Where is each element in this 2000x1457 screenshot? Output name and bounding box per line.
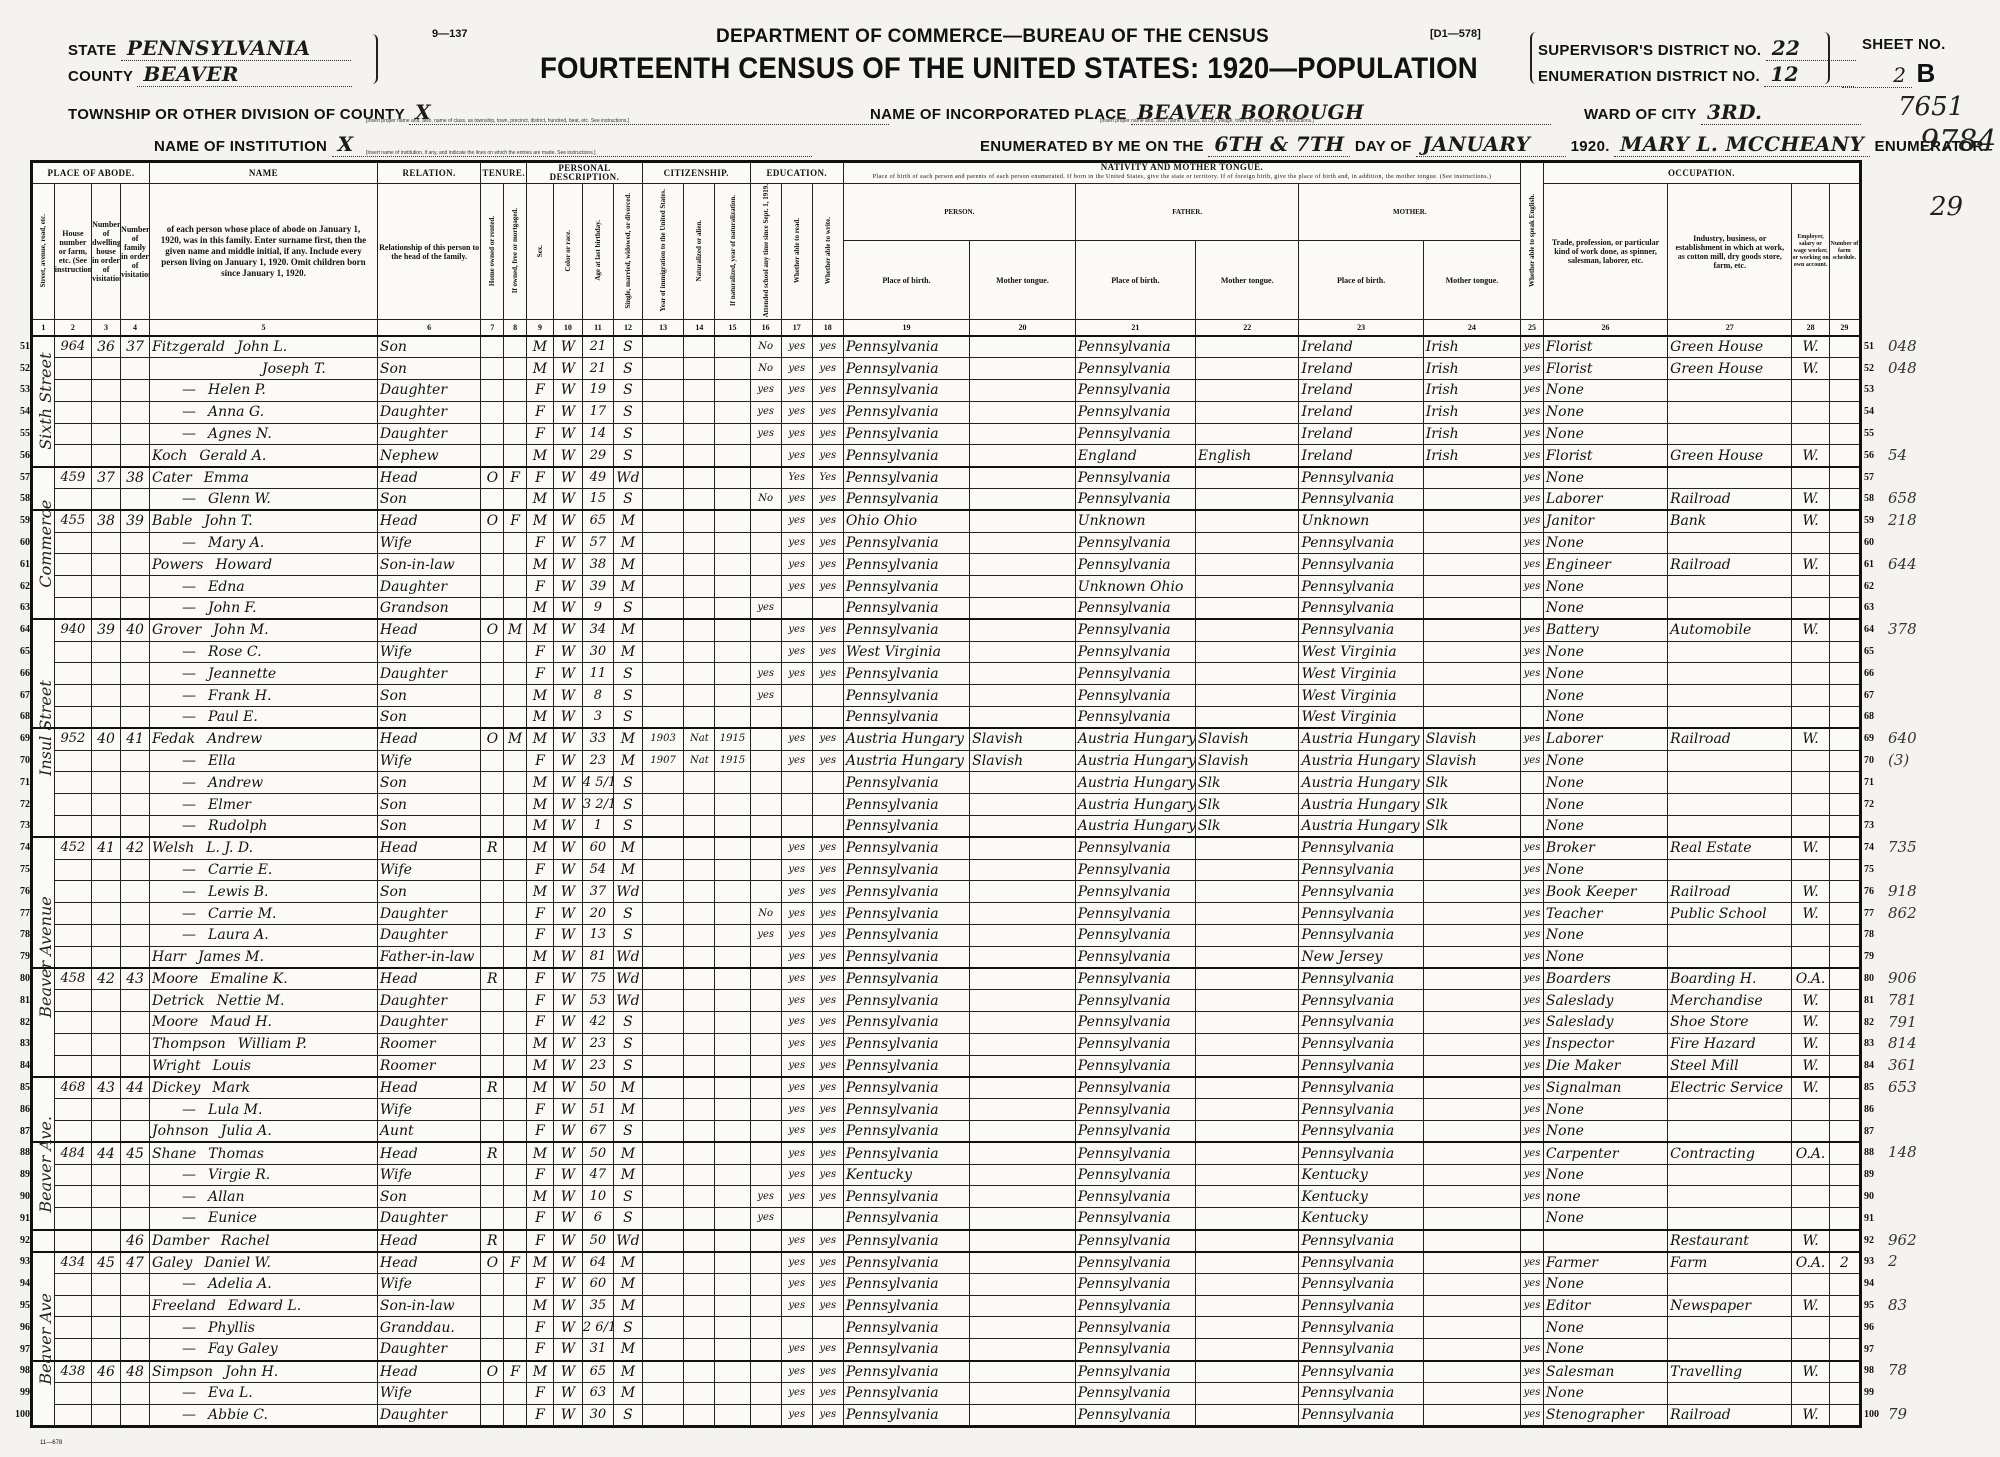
m-tongue-cell bbox=[1423, 1295, 1520, 1317]
school-cell: yes bbox=[750, 1208, 781, 1230]
trade-cell: Laborer bbox=[1543, 728, 1667, 750]
line-number: 81 bbox=[1864, 990, 1890, 1012]
farm-cell bbox=[1829, 794, 1860, 816]
age-cell: 23 bbox=[582, 1055, 613, 1077]
tongue-cell bbox=[970, 815, 1076, 837]
house-cell bbox=[54, 1382, 91, 1404]
immig-cell bbox=[642, 1142, 683, 1164]
column-number: 29 bbox=[1829, 320, 1860, 336]
m-tongue-cell bbox=[1423, 619, 1520, 641]
pob-cell: Pennsylvania bbox=[843, 903, 969, 925]
farm-cell bbox=[1829, 946, 1860, 968]
race-cell: W bbox=[553, 1404, 582, 1426]
family-cell bbox=[121, 794, 150, 816]
line-number: 74 bbox=[1864, 837, 1890, 859]
farm-cell bbox=[1829, 423, 1860, 445]
farm-cell bbox=[1829, 1186, 1860, 1208]
marital-cell: S bbox=[613, 815, 642, 837]
table-row: —Glenn W.SonMW15SNoyesyesPennsylvaniaPen… bbox=[32, 488, 1861, 510]
f-tongue-cell bbox=[1195, 663, 1299, 685]
family-cell bbox=[121, 1339, 150, 1361]
tongue-cell bbox=[970, 881, 1076, 903]
tongue-cell: Slavish bbox=[970, 728, 1076, 750]
relation-cell: Daughter bbox=[377, 1012, 481, 1034]
nat-cell bbox=[684, 445, 715, 467]
m-tongue-cell: Irish bbox=[1423, 358, 1520, 380]
tongue-cell bbox=[970, 685, 1076, 707]
surname: Koch bbox=[152, 448, 187, 464]
name-cell: KochGerald A. bbox=[150, 445, 378, 467]
read-cell: yes bbox=[781, 641, 812, 663]
f-pob-cell: Pennsylvania bbox=[1075, 706, 1195, 728]
margin-annotation: 640 bbox=[1888, 728, 1998, 750]
given-name: James M. bbox=[198, 947, 264, 967]
m-pob-cell: Ireland bbox=[1299, 401, 1423, 423]
surname: Cater bbox=[152, 470, 192, 486]
write-cell: yes bbox=[812, 358, 843, 380]
tongue-cell bbox=[970, 1186, 1076, 1208]
relation-cell: Son bbox=[377, 488, 481, 510]
school-cell bbox=[750, 576, 781, 598]
class-cell: W. bbox=[1792, 554, 1829, 576]
read-cell: yes bbox=[781, 1012, 812, 1034]
f-tongue-cell bbox=[1195, 1164, 1299, 1186]
dwelling-cell bbox=[92, 554, 121, 576]
marital-cell: M bbox=[613, 1339, 642, 1361]
f-tongue-cell bbox=[1195, 336, 1299, 358]
write-cell bbox=[812, 597, 843, 619]
nat-cell bbox=[684, 1252, 715, 1274]
nat-cell bbox=[684, 1382, 715, 1404]
family-cell bbox=[121, 1164, 150, 1186]
race-cell: W bbox=[553, 336, 582, 358]
margin-annotation bbox=[1888, 1339, 1998, 1361]
school-cell bbox=[750, 1317, 781, 1339]
line-number: 70 bbox=[1864, 750, 1890, 772]
marital-cell: M bbox=[613, 1164, 642, 1186]
write-cell bbox=[812, 772, 843, 794]
family-cell bbox=[121, 1055, 150, 1077]
natyr-cell bbox=[715, 1208, 750, 1230]
line-number: 78 bbox=[4, 924, 30, 946]
col-6-header: Relationship of this person to the head … bbox=[377, 184, 481, 320]
column-number: 28 bbox=[1792, 320, 1829, 336]
farm-cell bbox=[1829, 1012, 1860, 1034]
relation-cell: Head bbox=[377, 1077, 481, 1099]
race-cell: W bbox=[553, 881, 582, 903]
industry-cell: Automobile bbox=[1668, 619, 1792, 641]
line-number: 74 bbox=[4, 837, 30, 859]
farm-cell bbox=[1829, 685, 1860, 707]
f-pob-cell: Pennsylvania bbox=[1075, 1186, 1195, 1208]
given-name: Eunice bbox=[208, 1208, 257, 1228]
pob-cell: Pennsylvania bbox=[843, 968, 969, 990]
name-cell: —Andrew bbox=[150, 772, 378, 794]
natyr-cell bbox=[715, 619, 750, 641]
natyr-cell bbox=[715, 1361, 750, 1383]
table-row: 9643637FitzgeraldJohn L.SonMW21SNoyesyes… bbox=[32, 336, 1861, 358]
english-cell: yes bbox=[1521, 1361, 1544, 1383]
marital-cell: M bbox=[613, 1295, 642, 1317]
name-cell: —Fay Galey bbox=[150, 1339, 378, 1361]
write-cell: yes bbox=[812, 1252, 843, 1274]
tongue-cell bbox=[970, 1121, 1076, 1143]
nat-cell bbox=[684, 619, 715, 641]
m-pob-cell: Pennsylvania bbox=[1299, 1317, 1423, 1339]
house-cell bbox=[54, 554, 91, 576]
tongue-cell bbox=[970, 576, 1076, 598]
marital-cell: S bbox=[613, 794, 642, 816]
line-number: 83 bbox=[1864, 1033, 1890, 1055]
table-row: ThompsonWilliam P.RoomerMW23SyesyesPenns… bbox=[32, 1033, 1861, 1055]
f-pob-cell: Pennsylvania bbox=[1075, 837, 1195, 859]
industry-cell: Contracting bbox=[1668, 1142, 1792, 1164]
english-cell: yes bbox=[1521, 1382, 1544, 1404]
name-cell: —Elmer bbox=[150, 794, 378, 816]
age-cell: 19 bbox=[582, 379, 613, 401]
name-cell: PowersHoward bbox=[150, 554, 378, 576]
natyr-cell bbox=[715, 510, 750, 532]
relation-cell: Head bbox=[377, 467, 481, 489]
house-cell bbox=[54, 1099, 91, 1121]
m-pob-cell: Pennsylvania bbox=[1299, 859, 1423, 881]
pob-cell: Austria Hungary bbox=[843, 728, 969, 750]
m-pob-cell: Pennsylvania bbox=[1299, 1121, 1423, 1143]
class-cell bbox=[1792, 1208, 1829, 1230]
industry-cell: Green House bbox=[1668, 336, 1792, 358]
nat-cell bbox=[684, 488, 715, 510]
m-tongue-cell bbox=[1423, 1164, 1520, 1186]
race-cell: W bbox=[553, 1339, 582, 1361]
margin-annotation: 2 bbox=[1888, 1251, 1998, 1273]
table-row: —Lewis B.SonMW37WdyesyesPennsylvaniaPenn… bbox=[32, 881, 1861, 903]
surname: Moore bbox=[152, 1014, 198, 1030]
trade-cell: None bbox=[1543, 685, 1667, 707]
nat-cell bbox=[684, 336, 715, 358]
farm-cell bbox=[1829, 1339, 1860, 1361]
name-cell: GaleyDaniel W. bbox=[150, 1252, 378, 1274]
marital-cell: Wd bbox=[613, 1230, 642, 1252]
line-number: 51 bbox=[1864, 336, 1890, 358]
relation-cell: Head bbox=[377, 1230, 481, 1252]
natyr-cell bbox=[715, 576, 750, 598]
house-cell bbox=[54, 379, 91, 401]
given-name: Carrie M. bbox=[208, 904, 276, 924]
house-cell: 468 bbox=[54, 1077, 91, 1099]
house-cell bbox=[54, 532, 91, 554]
family-cell: 48 bbox=[121, 1361, 150, 1383]
relation-cell: Son bbox=[377, 706, 481, 728]
dwelling-cell bbox=[92, 1121, 121, 1143]
write-cell: Yes bbox=[812, 467, 843, 489]
trade-cell: None bbox=[1543, 576, 1667, 598]
tongue-cell bbox=[970, 532, 1076, 554]
age-cell: 3 bbox=[582, 706, 613, 728]
f-tongue-cell bbox=[1195, 1382, 1299, 1404]
name-cell: —Allan bbox=[150, 1186, 378, 1208]
natyr-cell bbox=[715, 1317, 750, 1339]
industry-cell bbox=[1668, 423, 1792, 445]
table-row: WrightLouisRoomerMW23SyesyesPennsylvania… bbox=[32, 1055, 1861, 1077]
f-pob-cell: Pennsylvania bbox=[1075, 1339, 1195, 1361]
house-cell: 952 bbox=[54, 728, 91, 750]
f-pob-cell: Pennsylvania bbox=[1075, 1317, 1195, 1339]
class-cell: W. bbox=[1792, 1230, 1829, 1252]
mort-cell: F bbox=[504, 510, 527, 532]
race-cell: W bbox=[553, 1099, 582, 1121]
line-number: 86 bbox=[1864, 1099, 1890, 1121]
race-cell: W bbox=[553, 1012, 582, 1034]
name-cell: —Carrie M. bbox=[150, 903, 378, 925]
f-pob-cell: Pennsylvania bbox=[1075, 859, 1195, 881]
m-pob-cell: Pennsylvania bbox=[1299, 903, 1423, 925]
pob-cell: Pennsylvania bbox=[843, 467, 969, 489]
class-cell bbox=[1792, 924, 1829, 946]
nat-cell bbox=[684, 467, 715, 489]
m-tongue-cell: Slk bbox=[1423, 815, 1520, 837]
write-cell: yes bbox=[812, 1077, 843, 1099]
f-pob-cell: Pennsylvania bbox=[1075, 532, 1195, 554]
english-cell: yes bbox=[1521, 968, 1544, 990]
relation-cell: Head bbox=[377, 837, 481, 859]
marital-cell: M bbox=[613, 1361, 642, 1383]
immig-cell bbox=[642, 1012, 683, 1034]
school-cell bbox=[750, 532, 781, 554]
nat-cell bbox=[684, 968, 715, 990]
m-tongue-cell: Slk bbox=[1423, 772, 1520, 794]
write-cell bbox=[812, 685, 843, 707]
table-row: Joseph T.SonMW21SNoyesyesPennsylvaniaPen… bbox=[32, 358, 1861, 380]
pob-cell: Pennsylvania bbox=[843, 990, 969, 1012]
f-tongue-cell bbox=[1195, 837, 1299, 859]
write-cell: yes bbox=[812, 1339, 843, 1361]
sex-cell: F bbox=[526, 990, 553, 1012]
immig-cell bbox=[642, 423, 683, 445]
marital-cell: M bbox=[613, 837, 642, 859]
table-row: 4524142WelshL. J. D.HeadRMW60MyesyesPenn… bbox=[32, 837, 1861, 859]
class-cell: W. bbox=[1792, 728, 1829, 750]
relation-cell: Aunt bbox=[377, 1121, 481, 1143]
surname: — bbox=[182, 382, 196, 398]
f-tongue-cell bbox=[1195, 706, 1299, 728]
farm-cell bbox=[1829, 532, 1860, 554]
given-name: Howard bbox=[215, 555, 272, 575]
read-cell: yes bbox=[781, 728, 812, 750]
sex-cell: F bbox=[526, 750, 553, 772]
m-pob-cell: West Virginia bbox=[1299, 641, 1423, 663]
home-cell bbox=[481, 815, 504, 837]
natyr-cell bbox=[715, 706, 750, 728]
natyr-cell bbox=[715, 837, 750, 859]
farm-cell bbox=[1829, 968, 1860, 990]
industry-cell: Bank bbox=[1668, 510, 1792, 532]
m-tongue-cell bbox=[1423, 924, 1520, 946]
line-number: 92 bbox=[4, 1230, 30, 1252]
f-tongue-cell bbox=[1195, 641, 1299, 663]
mort-cell bbox=[504, 859, 527, 881]
class-cell: W. bbox=[1792, 336, 1829, 358]
home-cell bbox=[481, 772, 504, 794]
f-tongue-cell bbox=[1195, 510, 1299, 532]
natyr-cell bbox=[715, 1273, 750, 1295]
age-cell: 35 bbox=[582, 1295, 613, 1317]
class-cell: W. bbox=[1792, 1055, 1829, 1077]
col-24-header: Mother tongue. bbox=[1423, 241, 1520, 320]
industry-cell bbox=[1668, 1164, 1792, 1186]
english-cell: yes bbox=[1521, 728, 1544, 750]
natyr-cell bbox=[715, 1252, 750, 1274]
dwelling-cell: 44 bbox=[92, 1142, 121, 1164]
english-cell: yes bbox=[1521, 1055, 1544, 1077]
f-tongue-cell bbox=[1195, 1033, 1299, 1055]
natyr-cell bbox=[715, 445, 750, 467]
f-pob-cell: Unknown Ohio bbox=[1075, 576, 1195, 598]
industry-cell bbox=[1668, 794, 1792, 816]
house-cell bbox=[54, 597, 91, 619]
m-tongue-cell bbox=[1423, 1404, 1520, 1426]
col-20-header: Mother tongue. bbox=[970, 241, 1076, 320]
m-tongue-cell bbox=[1423, 1339, 1520, 1361]
farm-cell bbox=[1829, 1121, 1860, 1143]
dwelling-cell bbox=[92, 1099, 121, 1121]
f-tongue-cell bbox=[1195, 576, 1299, 598]
dwelling-cell bbox=[92, 881, 121, 903]
industry-cell bbox=[1668, 576, 1792, 598]
column-number: 16 bbox=[750, 320, 781, 336]
mort-cell bbox=[504, 445, 527, 467]
trade-cell: Broker bbox=[1543, 837, 1667, 859]
surname: Wright bbox=[152, 1058, 201, 1074]
dwelling-cell bbox=[92, 597, 121, 619]
immig-cell bbox=[642, 1230, 683, 1252]
surname: — bbox=[182, 1210, 196, 1226]
margin-annotation bbox=[1888, 685, 1998, 707]
relation-cell: Wife bbox=[377, 1273, 481, 1295]
line-number: 66 bbox=[4, 663, 30, 685]
incorporated-label: Name of incorporated place bbox=[870, 106, 1127, 123]
f-pob-cell: Pennsylvania bbox=[1075, 1295, 1195, 1317]
immig-cell bbox=[642, 859, 683, 881]
tongue-cell bbox=[970, 837, 1076, 859]
f-tongue-cell bbox=[1195, 532, 1299, 554]
pob-cell: Pennsylvania bbox=[843, 554, 969, 576]
school-cell: yes bbox=[750, 685, 781, 707]
line-number: 93 bbox=[4, 1251, 30, 1273]
race-cell: W bbox=[553, 1142, 582, 1164]
english-cell: yes bbox=[1521, 554, 1544, 576]
family-cell: 41 bbox=[121, 728, 150, 750]
line-number: 75 bbox=[1864, 859, 1890, 881]
class-cell bbox=[1792, 706, 1829, 728]
english-cell: yes bbox=[1521, 358, 1544, 380]
english-cell: yes bbox=[1521, 1186, 1544, 1208]
trade-cell: Book Keeper bbox=[1543, 881, 1667, 903]
f-tongue-cell: Slavish bbox=[1195, 750, 1299, 772]
read-cell: yes bbox=[781, 510, 812, 532]
race-cell: W bbox=[553, 946, 582, 968]
trade-cell bbox=[1543, 1230, 1667, 1252]
read-cell: yes bbox=[781, 903, 812, 925]
surname: — bbox=[182, 709, 196, 725]
margin-annotation bbox=[1888, 663, 1998, 685]
m-pob-cell: Pennsylvania bbox=[1299, 1361, 1423, 1383]
family-cell bbox=[121, 1012, 150, 1034]
marital-cell: Wd bbox=[613, 467, 642, 489]
col-4-header: Number of family in order of visitation. bbox=[121, 184, 150, 320]
write-cell: yes bbox=[812, 379, 843, 401]
write-cell: yes bbox=[812, 837, 843, 859]
farm-cell bbox=[1829, 859, 1860, 881]
class-cell bbox=[1792, 663, 1829, 685]
name-cell: —Anna G. bbox=[150, 401, 378, 423]
age-cell: 57 bbox=[582, 532, 613, 554]
write-cell: yes bbox=[812, 663, 843, 685]
f-tongue-cell: Slavish bbox=[1195, 728, 1299, 750]
nativity-title: NATIVITY AND MOTHER TONGUE. bbox=[844, 163, 1520, 172]
dwelling-cell bbox=[92, 576, 121, 598]
tongue-cell bbox=[970, 1252, 1076, 1274]
sex-cell: F bbox=[526, 1099, 553, 1121]
line-number: 61 bbox=[4, 554, 30, 576]
house-cell bbox=[54, 1404, 91, 1426]
natyr-cell bbox=[715, 1055, 750, 1077]
given-name: John T. bbox=[204, 511, 252, 531]
trade-cell: None bbox=[1543, 706, 1667, 728]
nat-cell bbox=[684, 358, 715, 380]
mort-cell bbox=[504, 554, 527, 576]
tongue-cell bbox=[970, 1208, 1076, 1230]
house-cell bbox=[54, 815, 91, 837]
nat-cell bbox=[684, 772, 715, 794]
line-number: 61 bbox=[1864, 554, 1890, 576]
house-cell bbox=[54, 1055, 91, 1077]
read-cell: yes bbox=[781, 488, 812, 510]
given-name: Andrew bbox=[207, 729, 262, 749]
margin-annotation bbox=[1888, 772, 1998, 794]
line-number: 79 bbox=[1864, 946, 1890, 968]
column-number: 4 bbox=[121, 320, 150, 336]
col-28-header: Employer, salary or wage worker, or work… bbox=[1792, 184, 1829, 320]
read-cell: yes bbox=[781, 445, 812, 467]
industry-cell: Restaurant bbox=[1668, 1230, 1792, 1252]
pob-cell: Pennsylvania bbox=[843, 946, 969, 968]
pob-cell: Ohio Ohio bbox=[843, 510, 969, 532]
home-cell bbox=[481, 1186, 504, 1208]
relation-cell: Father-in-law bbox=[377, 946, 481, 968]
pob-cell: Pennsylvania bbox=[843, 1121, 969, 1143]
age-cell: 1 bbox=[582, 815, 613, 837]
read-cell: yes bbox=[781, 576, 812, 598]
house-cell bbox=[54, 641, 91, 663]
given-name: Rudolph bbox=[208, 816, 267, 836]
marital-cell: M bbox=[613, 532, 642, 554]
read-cell: yes bbox=[781, 1273, 812, 1295]
line-number: 63 bbox=[4, 597, 30, 619]
line-number: 63 bbox=[1864, 597, 1890, 619]
write-cell: yes bbox=[812, 1295, 843, 1317]
sex-cell: M bbox=[526, 1186, 553, 1208]
tongue-cell: Slavish bbox=[970, 750, 1076, 772]
trade-cell: None bbox=[1543, 794, 1667, 816]
name-cell: —Virgie R. bbox=[150, 1164, 378, 1186]
industry-cell bbox=[1668, 467, 1792, 489]
line-number: 91 bbox=[4, 1208, 30, 1230]
table-row: —Virgie R.WifeFW47MyesyesKentuckyPennsyl… bbox=[32, 1164, 1861, 1186]
write-cell: yes bbox=[812, 554, 843, 576]
pob-cell: Pennsylvania bbox=[843, 445, 969, 467]
margin-annotation bbox=[1888, 532, 1998, 554]
home-cell: R bbox=[481, 968, 504, 990]
